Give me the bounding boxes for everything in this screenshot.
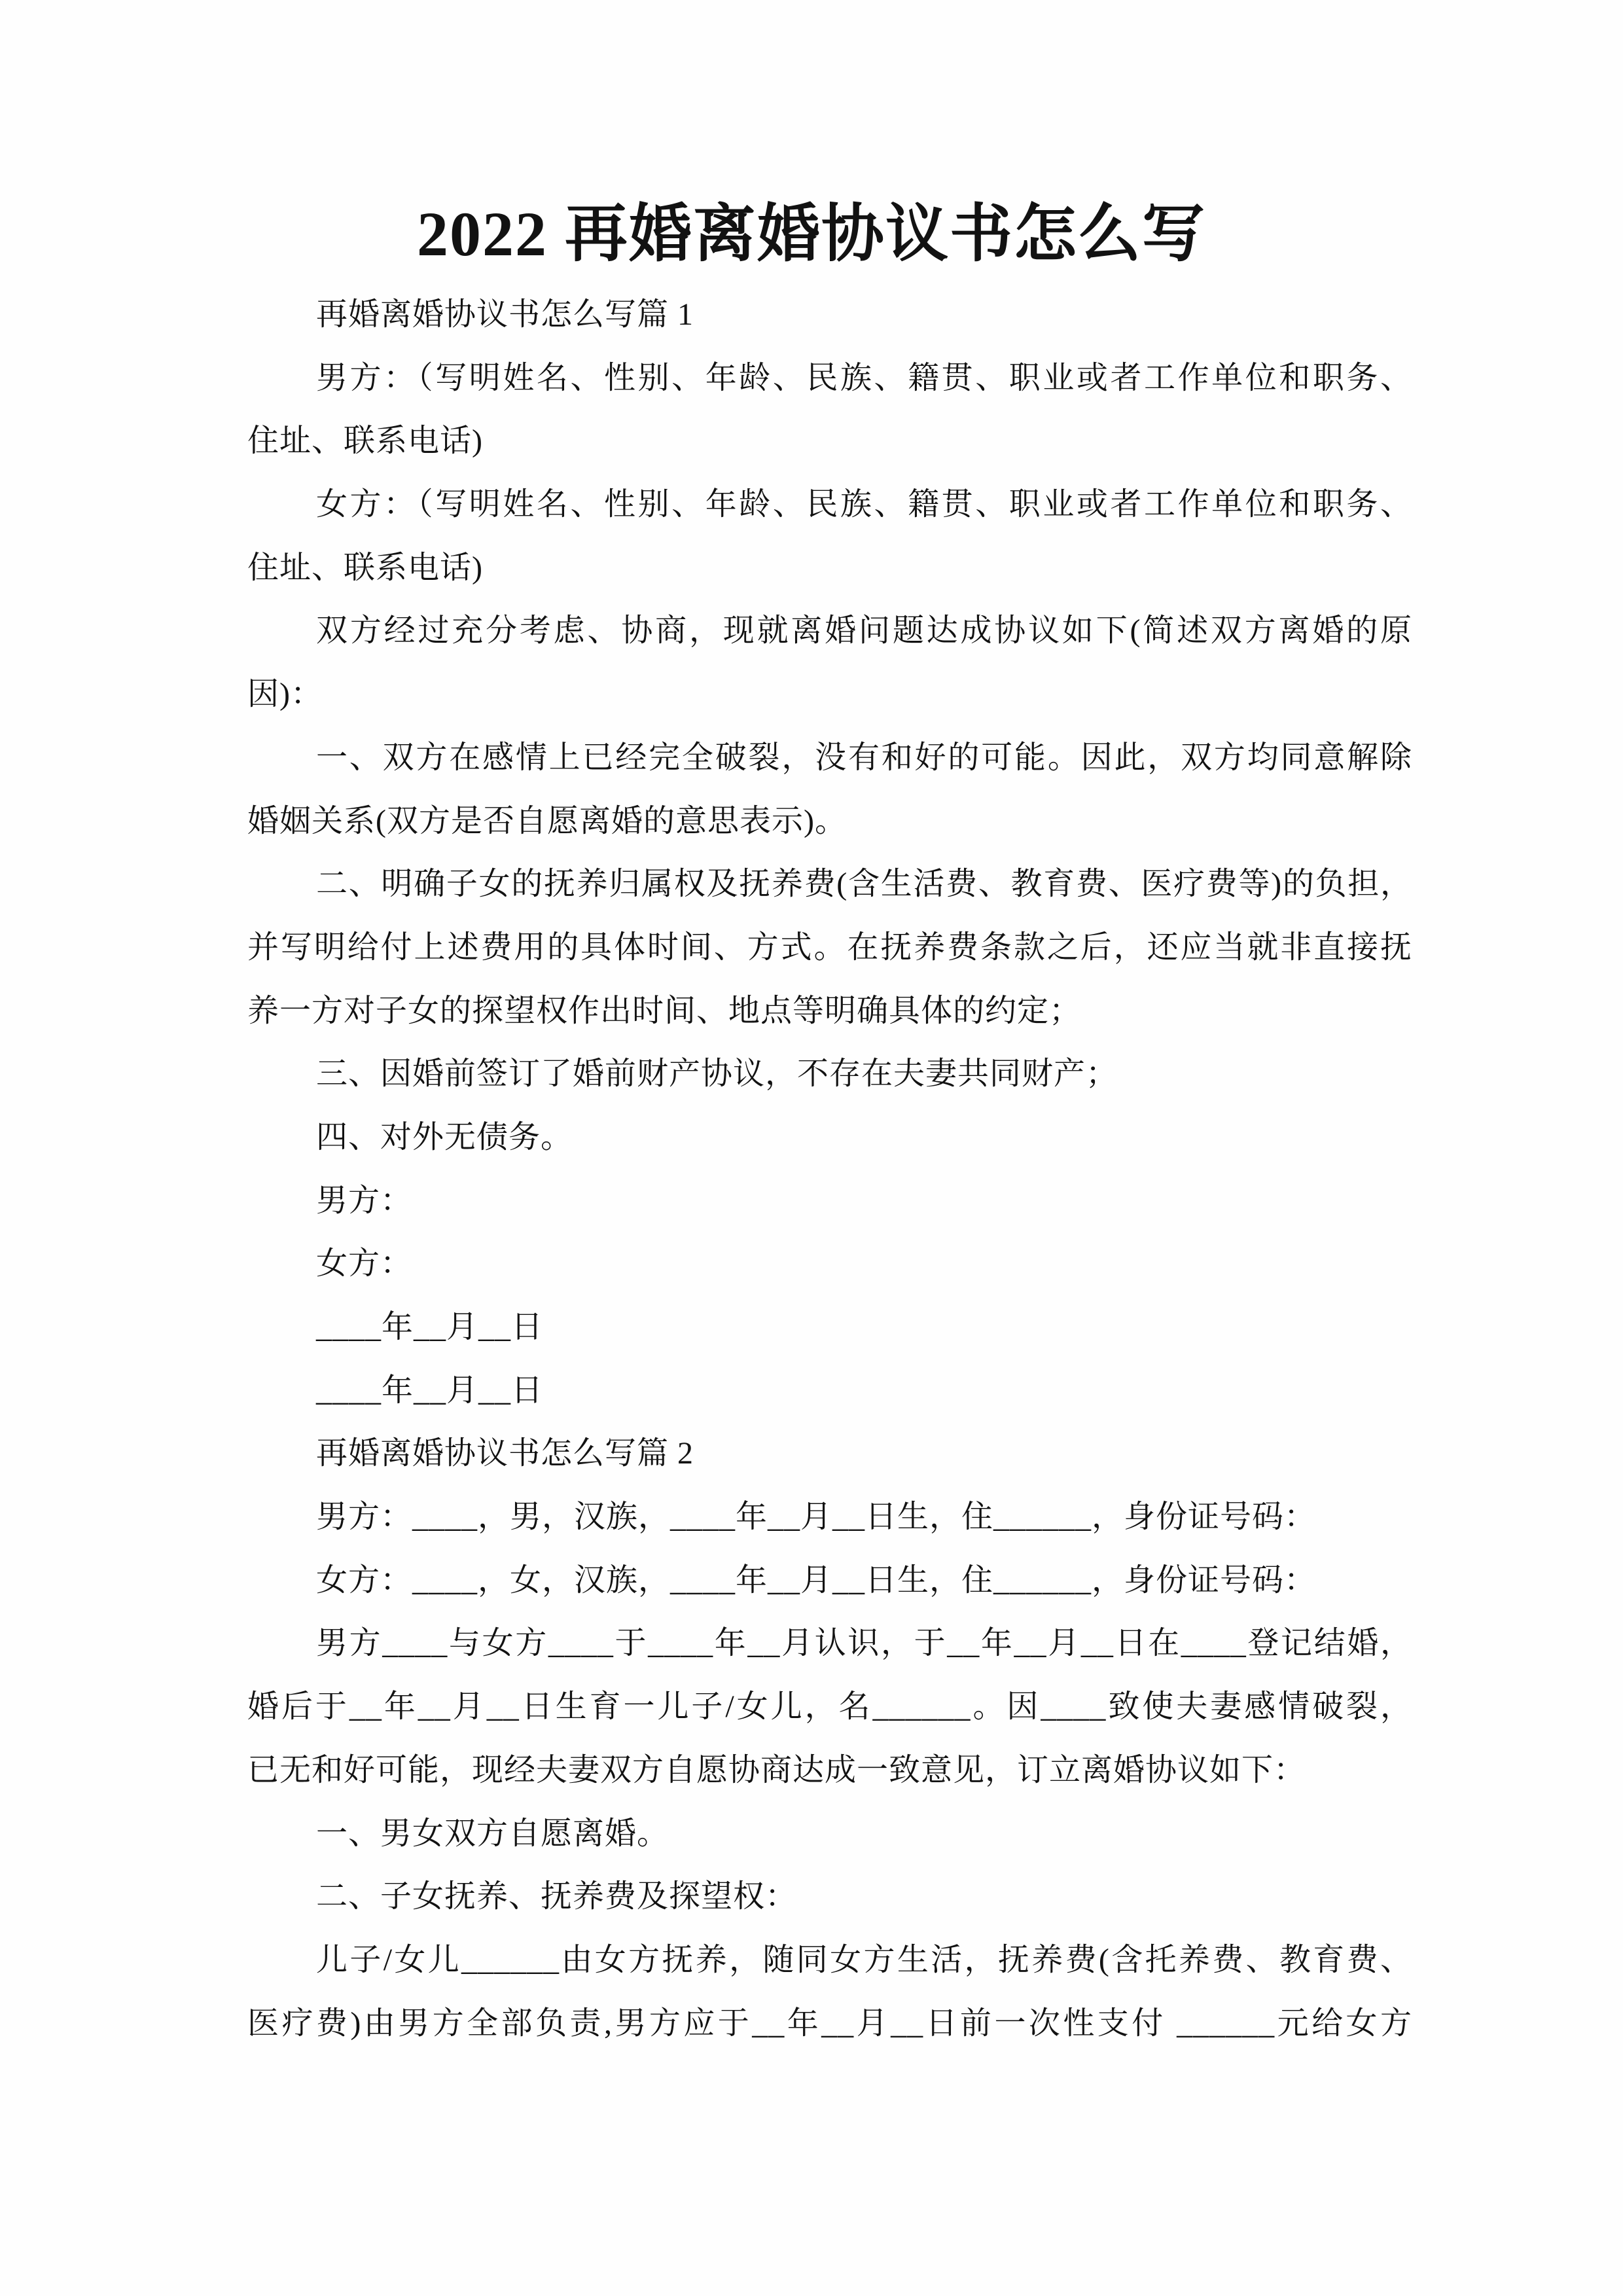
document-line: 并写明给付上述费用的具体时间、方式。在抚养费条款之后，还应当就非直接抚 xyxy=(247,916,1412,980)
document-line: 男方：（写明姓名、性别、年龄、民族、籍贯、职业或者工作单位和职务、 xyxy=(247,347,1412,410)
document-line: 女方：____，女，汉族，____年__月__日生，住______，身份证号码： xyxy=(247,1549,1412,1613)
document-page: 2022 再婚离婚协议书怎么写 再婚离婚协议书怎么写篇 1男方：（写明姓名、性别… xyxy=(0,0,1623,2296)
document-line: 养一方对子女的探望权作出时间、地点等明确具体的约定； xyxy=(247,980,1412,1043)
document-line: ____年__月__日 xyxy=(247,1296,1412,1359)
document-body: 再婚离婚协议书怎么写篇 1男方：（写明姓名、性别、年龄、民族、籍贯、职业或者工作… xyxy=(247,283,1412,2055)
document-line: 儿子/女儿______由女方抚养，随同女方生活，抚养费(含托养费、教育费、 xyxy=(247,1929,1412,1992)
document-line: 因)： xyxy=(247,663,1412,726)
document-line: 住址、联系电话) xyxy=(247,410,1412,473)
document-line: 四、对外无债务。 xyxy=(247,1106,1412,1170)
document-line: 一、双方在感情上已经完全破裂，没有和好的可能。因此，双方均同意解除 xyxy=(247,726,1412,790)
document-line: 女方： xyxy=(247,1232,1412,1296)
document-line: 男方：____，男，汉族，____年__月__日生，住______，身份证号码： xyxy=(247,1486,1412,1549)
document-line: 婚后于__年__月__日生育一儿子/女儿，名______。因____致使夫妻感情… xyxy=(247,1676,1412,1739)
document-line: 医疗费)由男方全部负责,男方应于__年__月__日前一次性支付 ______元给… xyxy=(247,1992,1412,2056)
document-line: 一、男女双方自愿离婚。 xyxy=(247,1803,1412,1866)
document-line: 再婚离婚协议书怎么写篇 2 xyxy=(247,1422,1412,1486)
document-line: 男方____与女方____于____年__月认识，于__年__月__日在____… xyxy=(247,1612,1412,1676)
document-line: 住址、联系电话) xyxy=(247,537,1412,600)
document-line: 已无和好可能，现经夫妻双方自愿协商达成一致意见，订立离婚协议如下： xyxy=(247,1739,1412,1803)
document-line: 女方：（写明姓名、性别、年龄、民族、籍贯、职业或者工作单位和职务、 xyxy=(247,473,1412,537)
document-line: 婚姻关系(双方是否自愿离婚的意思表示)。 xyxy=(247,790,1412,853)
document-line: 三、因婚前签订了婚前财产协议，不存在夫妻共同财产； xyxy=(247,1043,1412,1106)
document-line: 双方经过充分考虑、协商，现就离婚问题达成协议如下(简述双方离婚的原 xyxy=(247,600,1412,663)
document-line: 二、明确子女的抚养归属权及抚养费(含生活费、教育费、医疗费等)的负担， xyxy=(247,853,1412,916)
document-line: 再婚离婚协议书怎么写篇 1 xyxy=(247,283,1412,347)
document-line: 男方： xyxy=(247,1170,1412,1233)
page-title: 2022 再婚离婚协议书怎么写 xyxy=(0,196,1623,272)
document-line: 二、子女抚养、抚养费及探望权： xyxy=(247,1865,1412,1929)
document-line: ____年__月__日 xyxy=(247,1359,1412,1423)
